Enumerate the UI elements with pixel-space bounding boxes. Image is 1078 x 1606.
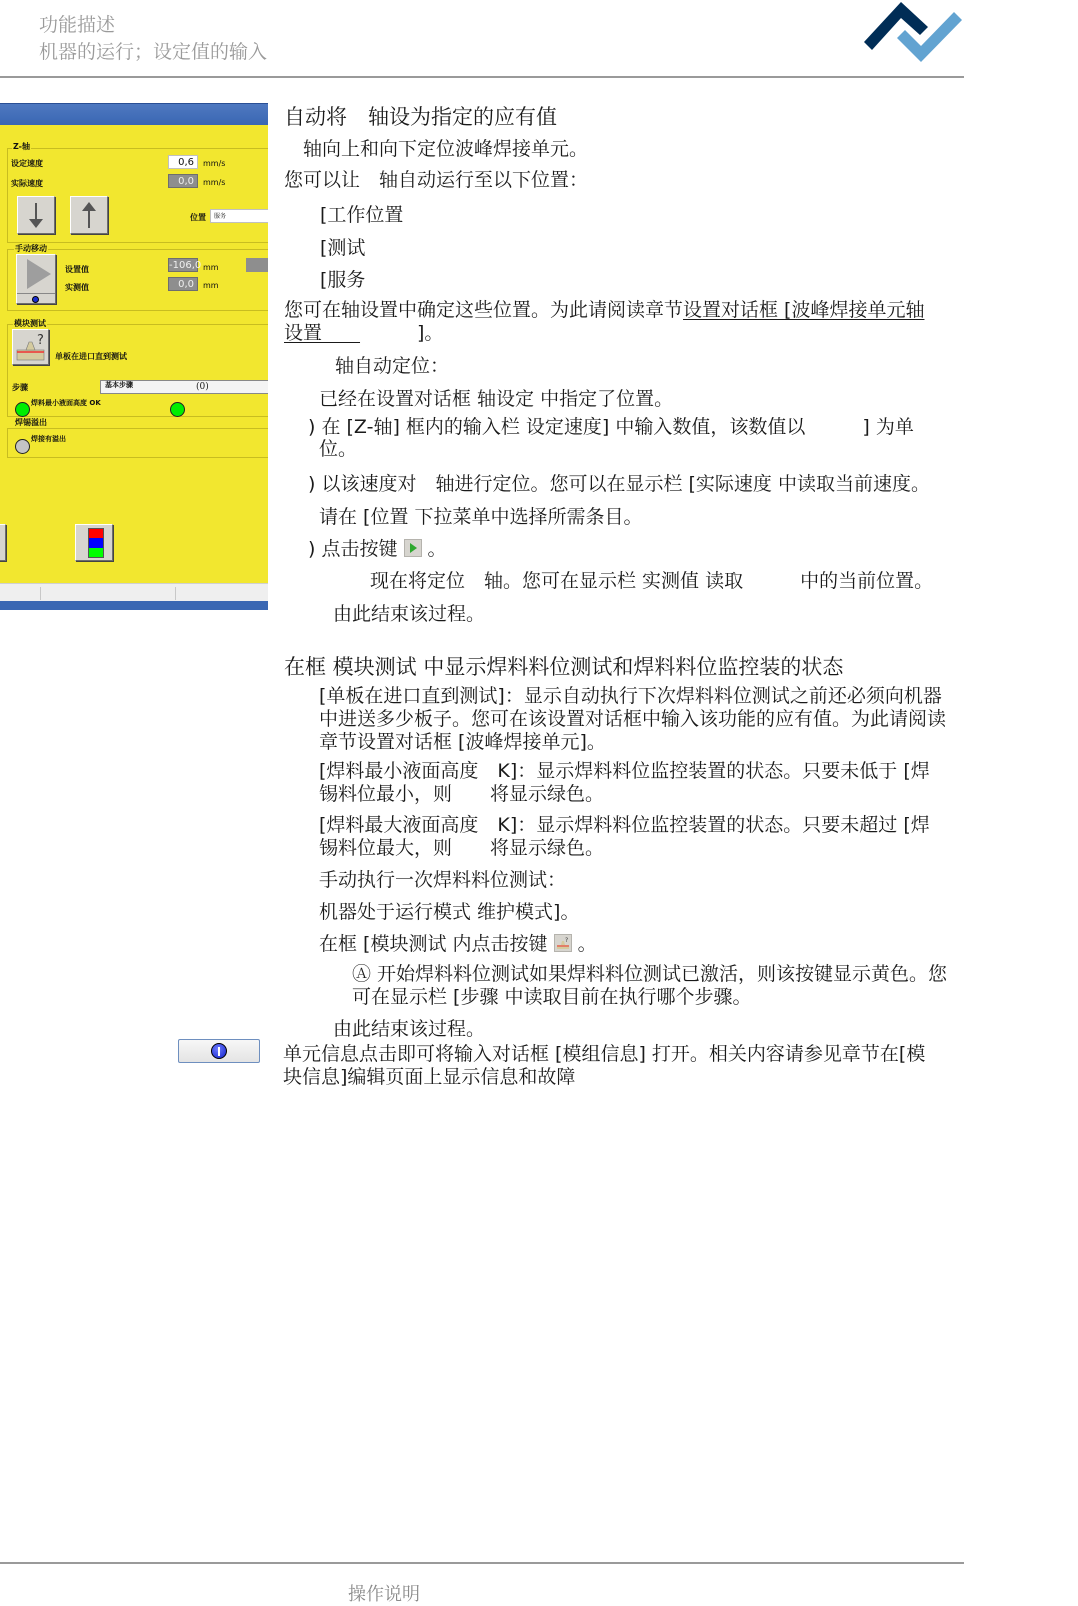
inline-solder-test-icon: ? xyxy=(554,934,572,952)
unit-info-description-line1: 单元信息点击即可将输入对话框 [模组信息] 打开。相关内容请参见章节在[模 xyxy=(283,1043,925,1066)
window-title-bar xyxy=(0,103,268,125)
setpoint-extra-field xyxy=(246,258,268,272)
svg-text:?: ? xyxy=(37,333,44,348)
result-test-started-line1: Ⓐ 开始焊料料位测试如果焊料料位测试已激活，则该按键显示黄色。您 xyxy=(352,963,947,986)
info-indicator xyxy=(17,293,55,304)
set-speed-input[interactable]: 0,6 xyxy=(168,155,198,169)
header-subsection: 机器的运行；设定值的输入 xyxy=(39,37,267,64)
header-divider xyxy=(0,76,964,78)
link-axis-settings-dialog[interactable]: 设置对话框 [波峰焊接单元轴 xyxy=(683,299,924,321)
set-speed-unit: mm/s xyxy=(203,159,225,168)
module-test-group-title: 模块测试 xyxy=(13,318,47,329)
step-label: 步骤 xyxy=(12,382,28,393)
step-click-test-button: 在框 [模块测试 内点击按键 ? 。 xyxy=(319,933,597,956)
solder-level-test-button[interactable]: ? xyxy=(12,329,49,365)
paragraph-settings-reference: 您可在轴设置中确定这些位置。为此请阅读章节设置对话框 [波峰焊接单元轴 xyxy=(284,299,924,322)
footer-title: 操作说明 xyxy=(348,1580,420,1606)
signal-tower-button[interactable] xyxy=(75,524,113,561)
arrow-down-icon xyxy=(18,197,54,233)
result-test-started-line2: 可在显示栏 [步骤 中读取目前在执行哪个步骤。 xyxy=(352,986,752,1009)
step-enter-speed-cont: 位。 xyxy=(319,438,357,461)
step-value: 基本步骤 xyxy=(105,380,133,390)
setpoint-unit: mm xyxy=(203,263,219,272)
z-axis-group-title: Z-轴 xyxy=(12,141,31,152)
position-item-service: [服务 xyxy=(320,269,365,292)
bullet-max-level-line2: 锡料位最大，则 将显示绿色。 xyxy=(319,837,604,860)
link-axis-settings-dialog-cont[interactable]: 设置 xyxy=(284,322,360,344)
precondition-text: 已经在设置对话框 轴设定 中指定了位置。 xyxy=(319,388,673,411)
step-count: (0) xyxy=(196,382,209,392)
signal-tower-icon xyxy=(88,528,104,558)
move-down-button[interactable] xyxy=(17,196,55,234)
measured-label: 实测值 xyxy=(65,282,89,293)
max-level-led xyxy=(170,402,185,417)
step-display: 基本步骤 (0) xyxy=(100,380,268,394)
procedure-title-auto-position: 轴自动定位： xyxy=(316,355,449,378)
left-edge-button[interactable] xyxy=(0,524,6,561)
bullet-max-level-line1: [焊料最大液面高度 K]：显示焊料料位监控装置的状态。只要未超过 [焊 xyxy=(319,814,930,837)
inline-play-button-icon xyxy=(404,539,422,557)
overflow-label: 焊接有溢出 xyxy=(31,434,66,444)
step-select-position: 请在 [位置 下拉菜单中选择所需条目。 xyxy=(319,506,643,529)
measured-unit: mm xyxy=(203,281,219,290)
window-bottom-bar xyxy=(0,601,268,610)
section-heading-auto-position: 自动将 轴设为指定的应有值 xyxy=(284,106,557,129)
paragraph-positions-intro: 您可以让 轴自动运行至以下位置： xyxy=(284,169,588,192)
min-level-led xyxy=(15,402,30,417)
svg-text:?: ? xyxy=(565,937,568,944)
precondition-maintenance-mode: 机器处于运行模式 维护模式]。 xyxy=(319,901,579,924)
setpoint-label: 设置值 xyxy=(65,264,89,275)
unit-info-description-line2: 块信息]编辑页面上显示信息和故障 xyxy=(283,1066,575,1089)
bullet-min-level-line2: 锡料位最小，则 将显示绿色。 xyxy=(319,783,604,806)
move-up-button[interactable] xyxy=(70,196,108,234)
bullet-boards-until-test: [单板在进口直到测试]：显示自动执行下次焊料料位测试之前还必须向机器中进送多少板… xyxy=(319,685,959,754)
paragraph-axis-description: 轴向上和向下定位波峰焊接单元。 xyxy=(284,138,588,161)
step-position-at-speed: ) 以该速度对 轴进行定位。您可以在显示栏 [实际速度 中读取当前速度。 xyxy=(308,473,930,496)
result-text: 现在将定位 轴。您可在显示栏 实测值 读取 中的当前位置。 xyxy=(370,570,933,593)
start-move-button[interactable] xyxy=(16,254,56,304)
actual-speed-display: 0,0 xyxy=(168,174,198,188)
play-icon xyxy=(17,255,55,293)
actual-speed-label: 实际速度 xyxy=(11,178,43,189)
setpoint-display: -106,0 xyxy=(168,258,198,272)
boards-until-test-label: 单板在进口直到测试 xyxy=(55,351,127,362)
actual-speed-unit: mm/s xyxy=(203,178,225,187)
info-icon xyxy=(211,1043,227,1059)
overflow-led xyxy=(15,439,30,454)
procedure-title-manual-test: 手动执行一次焊料料位测试： xyxy=(319,869,566,892)
step-click-button: ) 点击按键 。 xyxy=(308,538,447,561)
measured-display: 0,0 xyxy=(168,277,198,291)
solder-level-test-icon: ? xyxy=(13,330,48,364)
paragraph-settings-reference-cont: 设置 ]。 xyxy=(284,322,443,345)
bullet-min-level-line1: [焊料最小液面高度 K]：显示焊料料位监控装置的状态。只要未低于 [焊 xyxy=(319,760,930,783)
header-section: 功能描述 xyxy=(39,10,115,37)
info-dot-icon xyxy=(32,296,39,303)
end-of-procedure-2: 由此结束该过程。 xyxy=(333,1018,485,1041)
min-level-label: 焊料最小液面高度 OK xyxy=(31,398,101,408)
position-item-test: [测试 xyxy=(320,237,365,260)
position-label: 位置 xyxy=(190,212,206,223)
unit-info-button[interactable] xyxy=(178,1039,260,1063)
position-item-work: [工作位置 xyxy=(320,204,403,227)
end-of-procedure-1: 由此结束该过程。 xyxy=(333,603,485,626)
overflow-group-title: 焊锡溢出 xyxy=(14,417,48,428)
step-enter-speed: ) 在 [Z-轴] 框内的输入栏 设定速度] 中输入数值，该数值以 ] 为单 xyxy=(308,416,914,439)
footer-divider xyxy=(0,1562,964,1564)
position-dropdown[interactable]: 服务 xyxy=(210,209,268,223)
section-heading-module-test: 在框 模块测试 中显示焊料料位测试和焊料料位监控装的状态 xyxy=(284,656,843,679)
machine-ui-screenshot: Z-轴 设定速度 0,6 mm/s 实际速度 0,0 mm/s 位置 服务 手动… xyxy=(0,103,268,610)
manual-move-group-title: 手动移动 xyxy=(14,243,48,254)
arrow-up-icon xyxy=(71,197,107,233)
set-speed-label: 设定速度 xyxy=(11,158,43,169)
brand-logo-icon xyxy=(864,0,964,64)
status-bar xyxy=(0,583,268,601)
